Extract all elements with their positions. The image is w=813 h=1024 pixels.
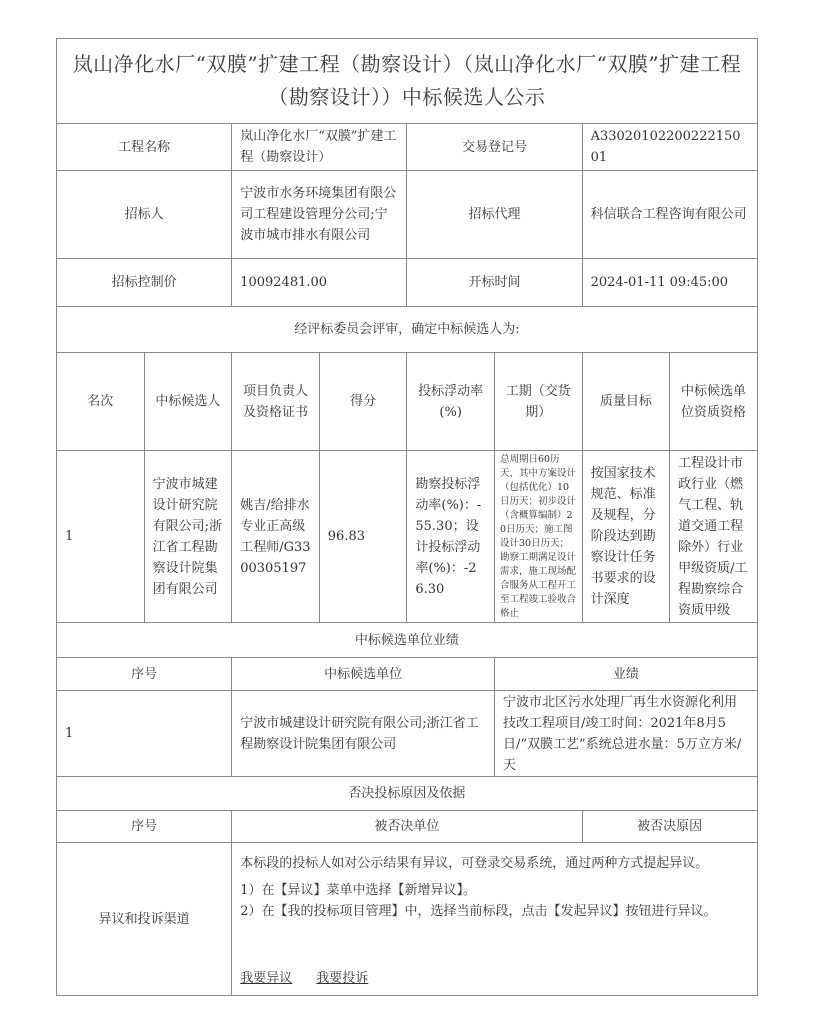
col-rej-reason: 被否决原因	[582, 811, 757, 843]
agent-value: 科信联合工程咨询有限公司	[582, 171, 757, 259]
performance-section-title: 中标候选单位业绩	[57, 623, 758, 658]
performance-header-row: 序号 中标候选单位 业绩	[57, 658, 758, 691]
perf-unit: 宁波市城建设计研究院有限公司;浙江省工程勘察设计院集团有限公司	[232, 691, 495, 777]
col-perf-record: 业绩	[494, 658, 757, 691]
col-quality: 质量目标	[582, 353, 670, 451]
col-candidate: 中标候选人	[144, 353, 232, 451]
col-score: 得分	[319, 353, 407, 451]
col-rank: 名次	[57, 353, 145, 451]
perf-record: 宁波市北区污水处理厂再生水资源化利用技改工程项目/竣工时间：2021年8月5日/…	[494, 691, 757, 777]
candidates-header-row: 名次 中标候选人 项目负责人及资格证书 得分 投标浮动率(%) 工期（交货期） …	[57, 353, 758, 451]
candidate-float-rate: 勘察投标浮动率(%)：-55.30；设计投标浮动率(%)：-26.30	[407, 451, 495, 623]
rejection-header-row: 序号 被否决单位 被否决原因	[57, 811, 758, 843]
objection-step-1: 1）在【异议】菜单中选择【新增异议】。	[240, 880, 755, 901]
complaint-link[interactable]: 我要投诉	[316, 971, 368, 986]
col-perf-no: 序号	[57, 658, 232, 691]
tenderer-label: 招标人	[57, 171, 232, 259]
col-qualification: 中标候选单位资质资格	[670, 353, 758, 451]
objection-label: 异议和投诉渠道	[57, 843, 232, 996]
objection-intro: 本标段的投标人如对公示结果有异议，可登录交易系统，通过两种方式提起异议。	[240, 853, 755, 874]
table-row: 1 宁波市城建设计研究院有限公司;浙江省工程勘察设计院集团有限公司 宁波市北区污…	[57, 691, 758, 777]
col-rej-unit: 被否决单位	[232, 811, 582, 843]
rejection-section-title: 否决投标原因及依据	[57, 777, 758, 811]
col-period: 工期（交货期）	[494, 353, 582, 451]
tenderer-value: 宁波市水务环境集团有限公司工程建设管理分公司;宁波市城市排水有限公司	[232, 171, 407, 259]
candidate-qualification: 工程设计市政行业（燃气工程、轨道交通工程除外）行业甲级资质/工程勘察综合资质甲级	[670, 451, 758, 623]
candidate-score: 96.83	[319, 451, 407, 623]
col-float-rate: 投标浮动率(%)	[407, 353, 495, 451]
col-manager: 项目负责人及资格证书	[232, 353, 320, 451]
bid-candidate-notice-table: 岚山净化水厂“双膜”扩建工程（勘察设计）（岚山净化水厂“双膜”扩建工程（勘察设计…	[56, 38, 758, 996]
control-price-label: 招标控制价	[57, 259, 232, 307]
table-row: 1 宁波市城建设计研究院有限公司;浙江省工程勘察设计院集团有限公司 姚吉/给排水…	[57, 451, 758, 623]
trade-no-value: A3302010220022215001	[582, 124, 757, 171]
open-time-value: 2024-01-11 09:45:00	[582, 259, 757, 307]
candidate-period: 总周期日60历天，其中方案设计（包括优化）10日历天；初步设计（含概算编制）20…	[494, 451, 582, 623]
objection-link[interactable]: 我要异议	[240, 971, 292, 986]
col-perf-unit: 中标候选单位	[232, 658, 495, 691]
trade-no-label: 交易登记号	[407, 124, 582, 171]
project-name-label: 工程名称	[57, 124, 232, 171]
perf-no: 1	[57, 691, 232, 777]
review-statement: 经评标委员会评审，确定中标候选人为:	[57, 307, 758, 353]
page-title: 岚山净化水厂“双膜”扩建工程（勘察设计）（岚山净化水厂“双膜”扩建工程（勘察设计…	[57, 39, 758, 124]
open-time-label: 开标时间	[407, 259, 582, 307]
objection-content: 本标段的投标人如对公示结果有异议，可登录交易系统，通过两种方式提起异议。 1）在…	[232, 843, 758, 996]
control-price-value: 10092481.00	[232, 259, 407, 307]
candidate-quality: 按国家技术规范、标准及规程，分阶段达到勘察设计任务书要求的设计深度	[582, 451, 670, 623]
col-rej-no: 序号	[57, 811, 232, 843]
project-name-value: 岚山净化水厂“双膜”扩建工程（勘察设计）	[232, 124, 407, 171]
agent-label: 招标代理	[407, 171, 582, 259]
candidate-name: 宁波市城建设计研究院有限公司;浙江省工程勘察设计院集团有限公司	[144, 451, 232, 623]
candidate-rank: 1	[57, 451, 145, 623]
objection-step-2: 2）在【我的投标项目管理】中，选择当前标段，点击【发起异议】按钮进行异议。	[240, 901, 755, 922]
candidate-manager: 姚吉/给排水专业正高级工程师/G3300305197	[232, 451, 320, 623]
